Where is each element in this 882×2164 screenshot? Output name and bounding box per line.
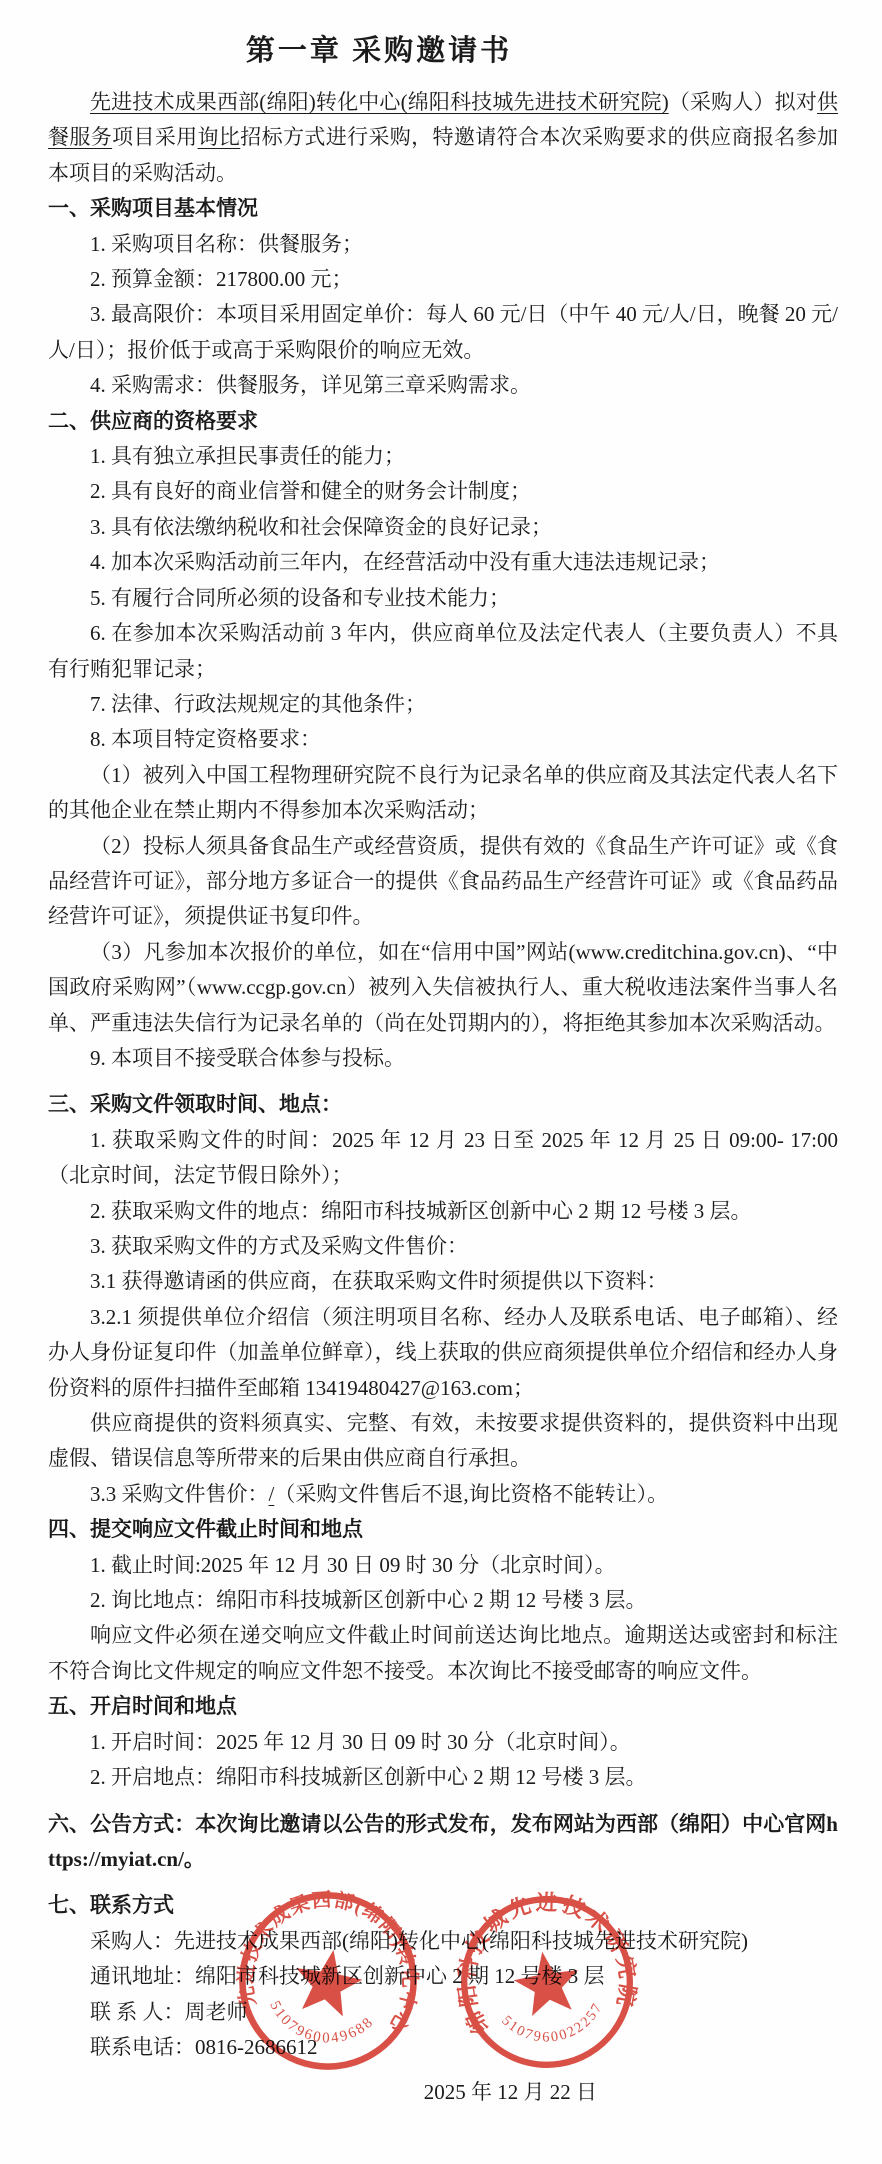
text-run: （3）凡参加本次报价的单位，如在“信用中国”网站(www.creditchina…	[48, 940, 838, 1035]
list-item: 3. 获取采购文件的方式及采购文件售价：	[48, 1229, 838, 1264]
section-heading-7: 七、联系方式	[48, 1888, 838, 1923]
text-run: 4. 采购需求：供餐服务，详见第三章采购需求。	[90, 373, 531, 397]
text-run: 2. 询比地点：绵阳市科技城新区创新中心 2 期 12 号楼 3 层。	[90, 1588, 647, 1612]
sub-item: （2）投标人须具备食品生产或经营资质，提供有效的《食品生产许可证》或《食品经营许…	[48, 829, 838, 935]
text-run: 1. 截止时间:2025 年 12 月 30 日 09 时 30 分（北京时间）…	[90, 1553, 616, 1577]
section-heading-6: 六、公告方式：本次询比邀请以公告的形式发布，发布网站为西部（绵阳）中心官网htt…	[48, 1807, 838, 1878]
underlined-text: 先进技术成果西部(绵阳)转化中心(绵阳科技城先进技术研究院)	[90, 90, 669, 114]
list-item: 6. 在参加本次采购活动前 3 年内，供应商单位及法定代表人（主要负责人）不具有…	[48, 616, 838, 687]
text-run: 5. 有履行合同所必须的设备和专业技术能力；	[90, 586, 510, 610]
text-run: 采购人：先进技术成果西部(绵阳)转化中心(绵阳科技城先进技术研究院)	[90, 1929, 748, 1953]
list-item: 1. 具有独立承担民事责任的能力；	[48, 439, 838, 474]
section-heading-5: 五、开启时间和地点	[48, 1689, 838, 1724]
text-run: （采购文件售后不退,询比资格不能转让）。	[274, 1482, 668, 1506]
section-heading-4: 四、提交响应文件截止时间和地点	[48, 1512, 838, 1547]
text-run: 七、联系方式	[48, 1893, 174, 1917]
contact-line-phone: 联系电话：0816-2686612	[48, 2030, 838, 2065]
list-item: 5. 有履行合同所必须的设备和专业技术能力；	[48, 581, 838, 616]
list-item: 2. 获取采购文件的地点：绵阳市科技城新区创新中心 2 期 12 号楼 3 层。	[48, 1194, 838, 1229]
list-item: 8. 本项目特定资格要求：	[48, 722, 838, 757]
paragraph: 供应商提供的资料须真实、完整、有效，未按要求提供资料的，提供资料中出现虚假、错误…	[48, 1406, 838, 1477]
text-run: 六、公告方式：本次询比邀请以公告的形式发布，发布网站为西部（绵阳）中心官网htt…	[48, 1812, 838, 1871]
text-run: 联 系 人：周老师	[90, 2000, 248, 2024]
text-run: 二、供应商的资格要求	[48, 409, 258, 433]
list-item: 7. 法律、行政法规规定的其他条件；	[48, 687, 838, 722]
text-run: 2. 获取采购文件的地点：绵阳市科技城新区创新中心 2 期 12 号楼 3 层。	[90, 1199, 752, 1223]
text-run: 供应商提供的资料须真实、完整、有效，未按要求提供资料的，提供资料中出现虚假、错误…	[48, 1411, 838, 1470]
text-run: 项目采用	[112, 125, 197, 149]
text-run: 3. 获取采购文件的方式及采购文件售价：	[90, 1234, 468, 1258]
contact-line-person: 联 系 人：周老师	[48, 1995, 838, 2030]
list-item: 2. 预算金额：217800.00 元；	[48, 262, 838, 297]
sub-item: （3）凡参加本次报价的单位，如在“信用中国”网站(www.creditchina…	[48, 935, 838, 1041]
text-run: 五、开启时间和地点	[48, 1694, 237, 1718]
list-item: 3. 具有依法缴纳税收和社会保障资金的良好记录；	[48, 510, 838, 545]
text-run: 联系电话：0816-2686612	[90, 2035, 318, 2059]
text-run: 一、采购项目基本情况	[48, 196, 258, 220]
text-run: 通讯地址：绵阳市科技城新区创新中心 2 期 12 号楼 3 层	[90, 1964, 605, 1988]
list-item: 1. 截止时间:2025 年 12 月 30 日 09 时 30 分（北京时间）…	[48, 1548, 838, 1583]
list-item: 3. 最高限价：本项目采用固定单价：每人 60 元/日（中午 40 元/人/日，…	[48, 297, 838, 368]
contact-line-address: 通讯地址：绵阳市科技城新区创新中心 2 期 12 号楼 3 层	[48, 1959, 838, 1994]
sub-item: 3.1 获得邀请函的供应商，在获取采购文件时须提供以下资料：	[48, 1264, 838, 1299]
text-run: 三、采购文件领取时间、地点：	[48, 1092, 342, 1116]
text-run: 8. 本项目特定资格要求：	[90, 727, 321, 751]
list-item: 1. 开启时间：2025 年 12 月 30 日 09 时 30 分（北京时间）…	[48, 1725, 838, 1760]
text-run: 1. 采购项目名称：供餐服务；	[90, 232, 363, 256]
list-item: 4. 采购需求：供餐服务，详见第三章采购需求。	[48, 368, 838, 403]
scanned-document-page: 第一章 采购邀请书 先进技术成果西部(绵阳)转化中心(绵阳科技城先进技术研究院)…	[0, 0, 882, 2164]
text-run: （2）投标人须具备食品生产或经营资质，提供有效的《食品生产许可证》或《食品经营许…	[48, 834, 838, 929]
list-item: 1. 获取采购文件的时间：2025 年 12 月 23 日至 2025 年 12…	[48, 1123, 838, 1194]
text-run: 9. 本项目不接受联合体参与投标。	[90, 1046, 405, 1070]
document-body: 先进技术成果西部(绵阳)转化中心(绵阳科技城先进技术研究院)（采购人）拟对供餐服…	[48, 85, 838, 2065]
document-title: 第一章 采购邀请书	[0, 28, 774, 69]
text-run: 2. 开启地点：绵阳市科技城新区创新中心 2 期 12 号楼 3 层。	[90, 1765, 647, 1789]
document-date: 2025 年 12 月 22 日	[48, 2075, 838, 2110]
text-run: 6. 在参加本次采购活动前 3 年内，供应商单位及法定代表人（主要负责人）不具有…	[48, 621, 838, 680]
section-heading-1: 一、采购项目基本情况	[48, 191, 838, 226]
sub-item: （1）被列入中国工程物理研究院不良行为记录名单的供应商及其法定代表人名下的其他企…	[48, 758, 838, 829]
text-run: 3.3 采购文件售价：	[90, 1482, 269, 1506]
text-run: 2. 具有良好的商业信誉和健全的财务会计制度；	[90, 479, 531, 503]
text-run: 响应文件必须在递交响应文件截止时间前送达询比地点。逾期送达或密封和标注不符合询比…	[48, 1623, 838, 1682]
underlined-text: 询比	[198, 125, 241, 149]
text-run: 1. 获取采购文件的时间：2025 年 12 月 23 日至 2025 年 12…	[48, 1128, 838, 1187]
list-item: 2. 询比地点：绵阳市科技城新区创新中心 2 期 12 号楼 3 层。	[48, 1583, 838, 1618]
section-heading-2: 二、供应商的资格要求	[48, 404, 838, 439]
text-run: 3.1 获得邀请函的供应商，在获取采购文件时须提供以下资料：	[90, 1269, 668, 1293]
paragraph: 响应文件必须在递交响应文件截止时间前送达询比地点。逾期送达或密封和标注不符合询比…	[48, 1618, 838, 1689]
text-run: （采购人）拟对	[669, 90, 817, 114]
list-item: 4. 加本次采购活动前三年内，在经营活动中没有重大违法违规记录；	[48, 545, 838, 580]
list-item: 1. 采购项目名称：供餐服务；	[48, 227, 838, 262]
sub-item: 3.2.1 须提供单位介绍信（须注明项目名称、经办人及联系电话、电子邮箱）、经办…	[48, 1300, 838, 1406]
text-run: 四、提交响应文件截止时间和地点	[48, 1517, 363, 1541]
section-heading-3: 三、采购文件领取时间、地点：	[48, 1087, 838, 1122]
text-run: 2. 预算金额：217800.00 元；	[90, 267, 353, 291]
contact-line-purchaser: 采购人：先进技术成果西部(绵阳)转化中心(绵阳科技城先进技术研究院)	[48, 1924, 838, 1959]
list-item: 9. 本项目不接受联合体参与投标。	[48, 1041, 838, 1076]
text-run: 7. 法律、行政法规规定的其他条件；	[90, 692, 426, 716]
text-run: 3.2.1 须提供单位介绍信（须注明项目名称、经办人及联系电话、电子邮箱）、经办…	[48, 1305, 838, 1400]
text-run: 3. 最高限价：本项目采用固定单价：每人 60 元/日（中午 40 元/人/日，…	[48, 302, 838, 361]
sub-item: 3.3 采购文件售价：/（采购文件售后不退,询比资格不能转让）。	[48, 1477, 838, 1512]
text-run: 3. 具有依法缴纳税收和社会保障资金的良好记录；	[90, 515, 552, 539]
text-run: （1）被列入中国工程物理研究院不良行为记录名单的供应商及其法定代表人名下的其他企…	[48, 763, 838, 822]
text-run: 4. 加本次采购活动前三年内，在经营活动中没有重大违法违规记录；	[90, 550, 720, 574]
text-run: 1. 具有独立承担民事责任的能力；	[90, 444, 405, 468]
list-item: 2. 具有良好的商业信誉和健全的财务会计制度；	[48, 474, 838, 509]
text-run: 1. 开启时间：2025 年 12 月 30 日 09 时 30 分（北京时间）…	[90, 1730, 631, 1754]
intro-paragraph: 先进技术成果西部(绵阳)转化中心(绵阳科技城先进技术研究院)（采购人）拟对供餐服…	[48, 85, 838, 191]
list-item: 2. 开启地点：绵阳市科技城新区创新中心 2 期 12 号楼 3 层。	[48, 1760, 838, 1795]
